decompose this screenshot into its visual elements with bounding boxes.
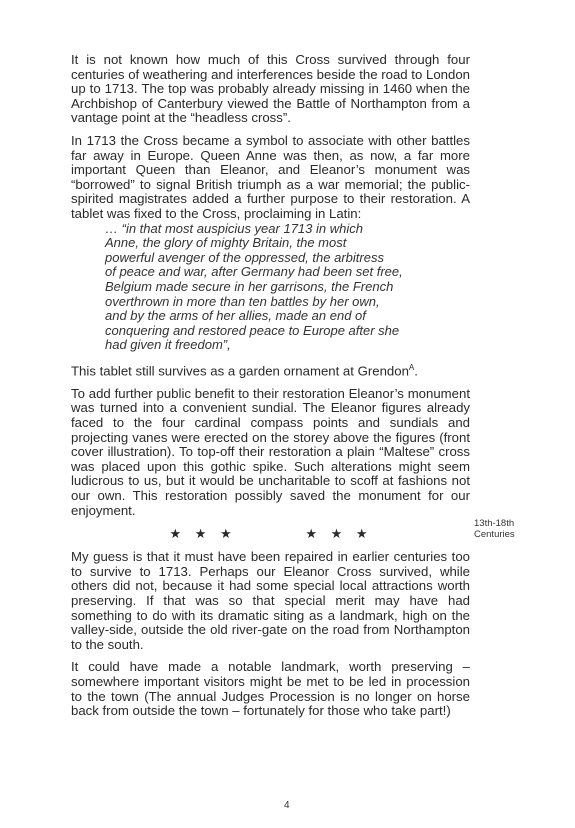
section-separator: ★ ★ ★ ★ ★ ★ xyxy=(71,526,470,542)
quote-line: of peace and war, after Germany had been… xyxy=(105,265,470,280)
paragraph-sundial: To add further public benefit to their r… xyxy=(71,387,470,518)
quote-line: conquering and restored peace to Europe … xyxy=(105,324,470,339)
paragraph-survival: It is not known how much of this Cross s… xyxy=(71,53,470,126)
quote-line: powerful avenger of the oppressed, the a… xyxy=(105,251,470,266)
paragraph-repaired-guess: My guess is that it must have been repai… xyxy=(71,550,470,652)
quote-line: … “in that most auspicius year 1713 in w… xyxy=(105,222,470,237)
quote-line: Anne, the glory of mighty Britain, the m… xyxy=(105,236,470,251)
paragraph-1713-symbol: In 1713 the Cross became a symbol to ass… xyxy=(71,134,470,222)
star-group-left: ★ ★ ★ xyxy=(170,526,236,542)
quote-line: Belgium made secure in her garrisons, th… xyxy=(105,280,470,295)
page-body: It is not known how much of this Cross s… xyxy=(71,53,470,727)
quote-line: and by the arms of her allies, made an e… xyxy=(105,309,470,324)
star-group-right: ★ ★ ★ xyxy=(305,526,371,542)
paragraph-tablet-survives: This tablet still survives as a garden o… xyxy=(71,361,470,379)
quote-line: overthrown in more than ten battles by h… xyxy=(105,295,470,310)
page-number: 4 xyxy=(284,800,290,811)
margin-note-centuries: 13th-18th Centuries xyxy=(474,518,515,540)
paragraph-landmark: It could have made a notable landmark, w… xyxy=(71,660,470,718)
latin-tablet-quote: … “in that most auspicius year 1713 in w… xyxy=(105,222,470,353)
quote-line: had given it freedom”, xyxy=(105,338,470,353)
